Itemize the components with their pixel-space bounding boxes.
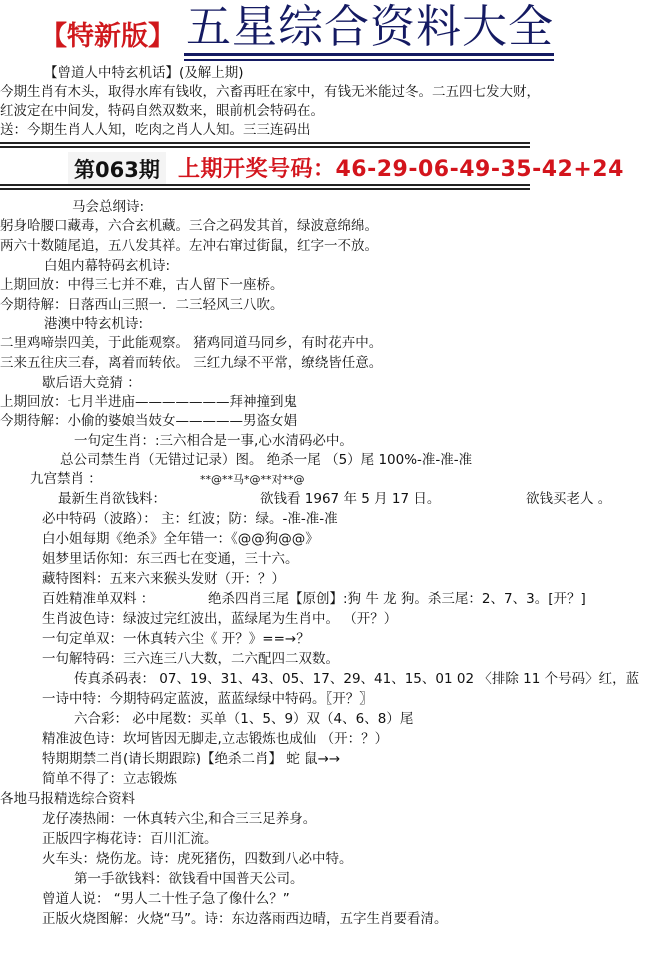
intro-heading: 【曾道人中特玄机话】(及解上期) (44, 64, 244, 83)
info-line: 生肖波色诗：绿波过完红波出，蓝绿尾为生肖中。 （开？） (42, 610, 397, 629)
intro-line: 送：今期生肖人人知，吃肉之肖人人知。三三连码出 (0, 121, 311, 140)
info-line: 藏特图料：五来六来猴头发财（开：？） (42, 570, 285, 589)
divider-bottom (0, 184, 530, 190)
info-line: 第一手欲钱料：欲钱看中国普天公司。 (74, 870, 304, 889)
title-underline-bottom (184, 59, 554, 61)
info-line: 曾道人说： “男人二十性子急了像什么？” (42, 890, 290, 909)
info-line: 正版四字梅花诗：百川汇流。 (42, 830, 218, 849)
info-label: 九宫禁肖 ： (30, 470, 102, 489)
info-line: 姐梦里话你知：东三西七在变通，三十六。 (42, 550, 299, 569)
poem-line: 躬身哈腰口藏毒，六合玄机藏。三合之码发其首，绿波意绵绵。 (0, 217, 378, 236)
period-number: 第063期 (68, 152, 166, 186)
intro-line: 今期生肖有木头，取得水库有钱收，六畜再旺在家中，有钱无米能过冬。二五四七发大财， (0, 83, 540, 102)
info-line: 精准波色诗：坎坷皆因无脚走,立志锻炼也成仙 （开：？） (42, 730, 388, 749)
poem-line: 二里鸡啼崇四美，于此能观察。 猪鸡同道马同乡，有时花卉中。 (0, 334, 382, 353)
info-value: 欲钱看 1967 年 5 月 17 日。 (260, 490, 440, 509)
info-line: 一诗中特：今期特码定蓝波，蓝蓝绿绿中特码。〖开？〗 (42, 690, 373, 709)
info-line: 火车头：烧伤龙。诗：虎死猪伤，四数到八必中特。 (42, 850, 353, 869)
intro-line: 红波定在中间发，特码自然双数来，眼前机会特码在。 (0, 102, 324, 121)
divider-top (0, 142, 530, 148)
section-heading-xiehouyu: 歇后语大竞猜 ： (42, 374, 141, 393)
section-heading-mahui: 马会总纲诗: (72, 198, 144, 217)
info-line: 正版火烧图解：火烧“马”。诗：东边落雨西边晴，五字生肖要看清。 (42, 910, 448, 929)
page-title: 五星综合资料大全 (186, 2, 554, 52)
info-line: 一句定单双：一休真转六尘《 开？》==→？ (42, 630, 310, 649)
info-line: 一句解特码：三六连三八大数，二六配四二双数。 (42, 650, 339, 669)
riddle-line: 上期回放：七月半进庙———————拜神撞到鬼 (0, 393, 297, 412)
last-draw-numbers: 上期开奖号码：46-29-06-49-35-42+24 (178, 152, 624, 183)
info-label: 最新生肖欲钱料： (58, 490, 166, 509)
info-line: 特期期禁二肖(请长期跟踪)【绝杀二肖】 蛇 鼠→→ (42, 750, 340, 769)
riddle-line: 今期待解：小偷的婆娘当妓女—————男盗女娼 (0, 412, 297, 431)
info-line: 六合彩： 必中尾数：买单（1、5、9）双（4、6、8）尾 (74, 710, 413, 729)
section-heading-gedi: 各地马报精选综合资料 (0, 790, 135, 809)
info-line: 白小姐每期《绝杀》全年错一：《@@狗@@》 (42, 530, 319, 549)
info-value: 欲钱买老人 。 (526, 490, 611, 509)
title-underline-top (184, 53, 554, 56)
poem-line: 今期待解：日落西山三照一．二三轻风三八吹。 (0, 296, 284, 315)
poem-line: 两六十数随尾追，五八发其祥。左冲右窜过街鼠，红字一不放。 (0, 237, 378, 256)
section-heading-gangao: 港澳中特玄机诗: (44, 315, 143, 334)
info-line: 总公司禁生肖（无错过记录）图。 绝杀一尾 （5）尾 100%-准-准-准 (60, 451, 472, 470)
info-label: 百姓精准单双料 ： (42, 590, 154, 609)
info-line: 一句定生肖：:三六相合是一事,心水清码必中。 (74, 432, 353, 451)
edition-tag: 【特新版】 (40, 14, 175, 53)
poem-line: 三来五往庆三春，离着而转依。 三红九绿不平常，缭绕皆任意。 (0, 354, 382, 373)
info-line: 简单不得了：立志锻炼 (42, 770, 177, 789)
info-line: 必中特码（波路）： 主：红波；防：绿。-准-准-准 (42, 510, 338, 529)
poem-line: 上期回放：中得三七并不难，古人留下一座桥。 (0, 276, 284, 295)
info-line: 龙仔凑热闹：一休真转六尘,和合三三足养身。 (42, 810, 316, 829)
info-line: 传真杀码表： 07、19、31、43、05、17、29、41、15、01 02 … (74, 670, 639, 689)
info-value: **@**马*@**对**@ (200, 470, 305, 489)
section-heading-baijie: 白姐内幕特码玄机诗: (44, 257, 170, 276)
info-value: 绝杀四肖三尾【原创】:狗 牛 龙 狗。杀三尾：2、7、3。[开？] (208, 590, 586, 609)
